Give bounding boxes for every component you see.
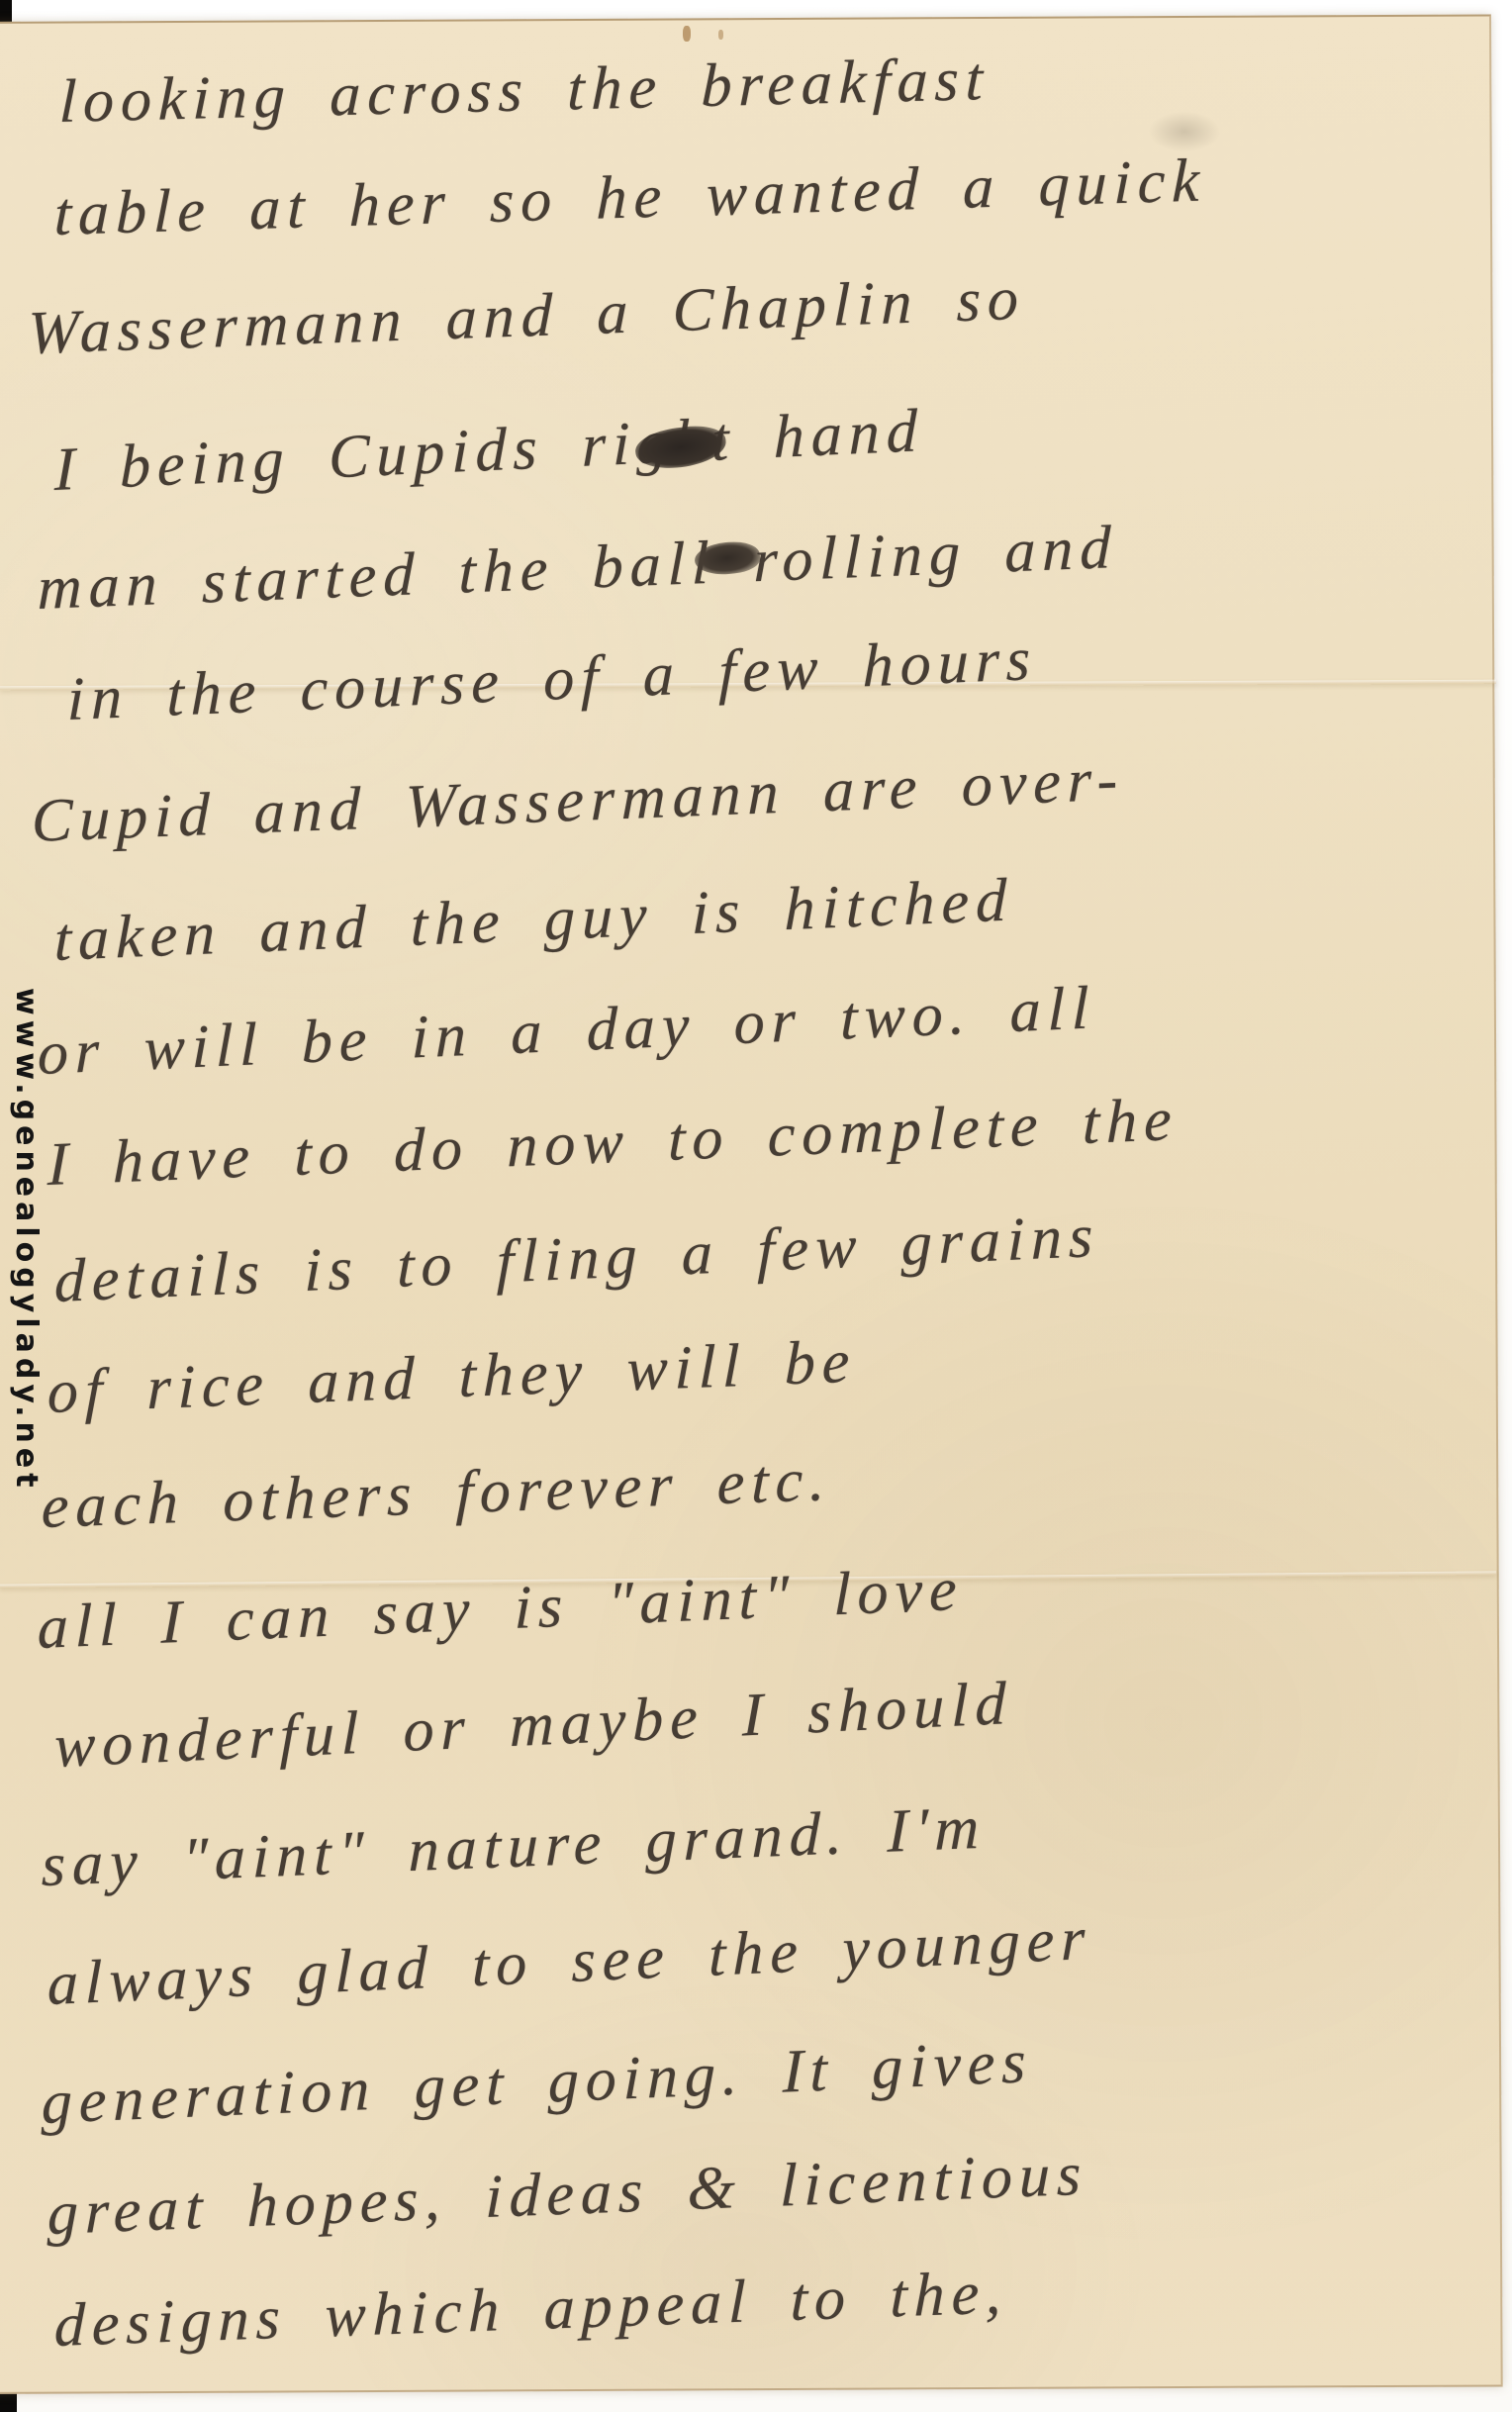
watermark-url: www.genealogylady.net xyxy=(9,988,44,1493)
scanned-letter: www.genealogylady.net looking across the… xyxy=(0,0,1512,2412)
paper-speck xyxy=(683,26,691,42)
paper-speck xyxy=(718,30,723,40)
letter-paper xyxy=(0,14,1503,2393)
